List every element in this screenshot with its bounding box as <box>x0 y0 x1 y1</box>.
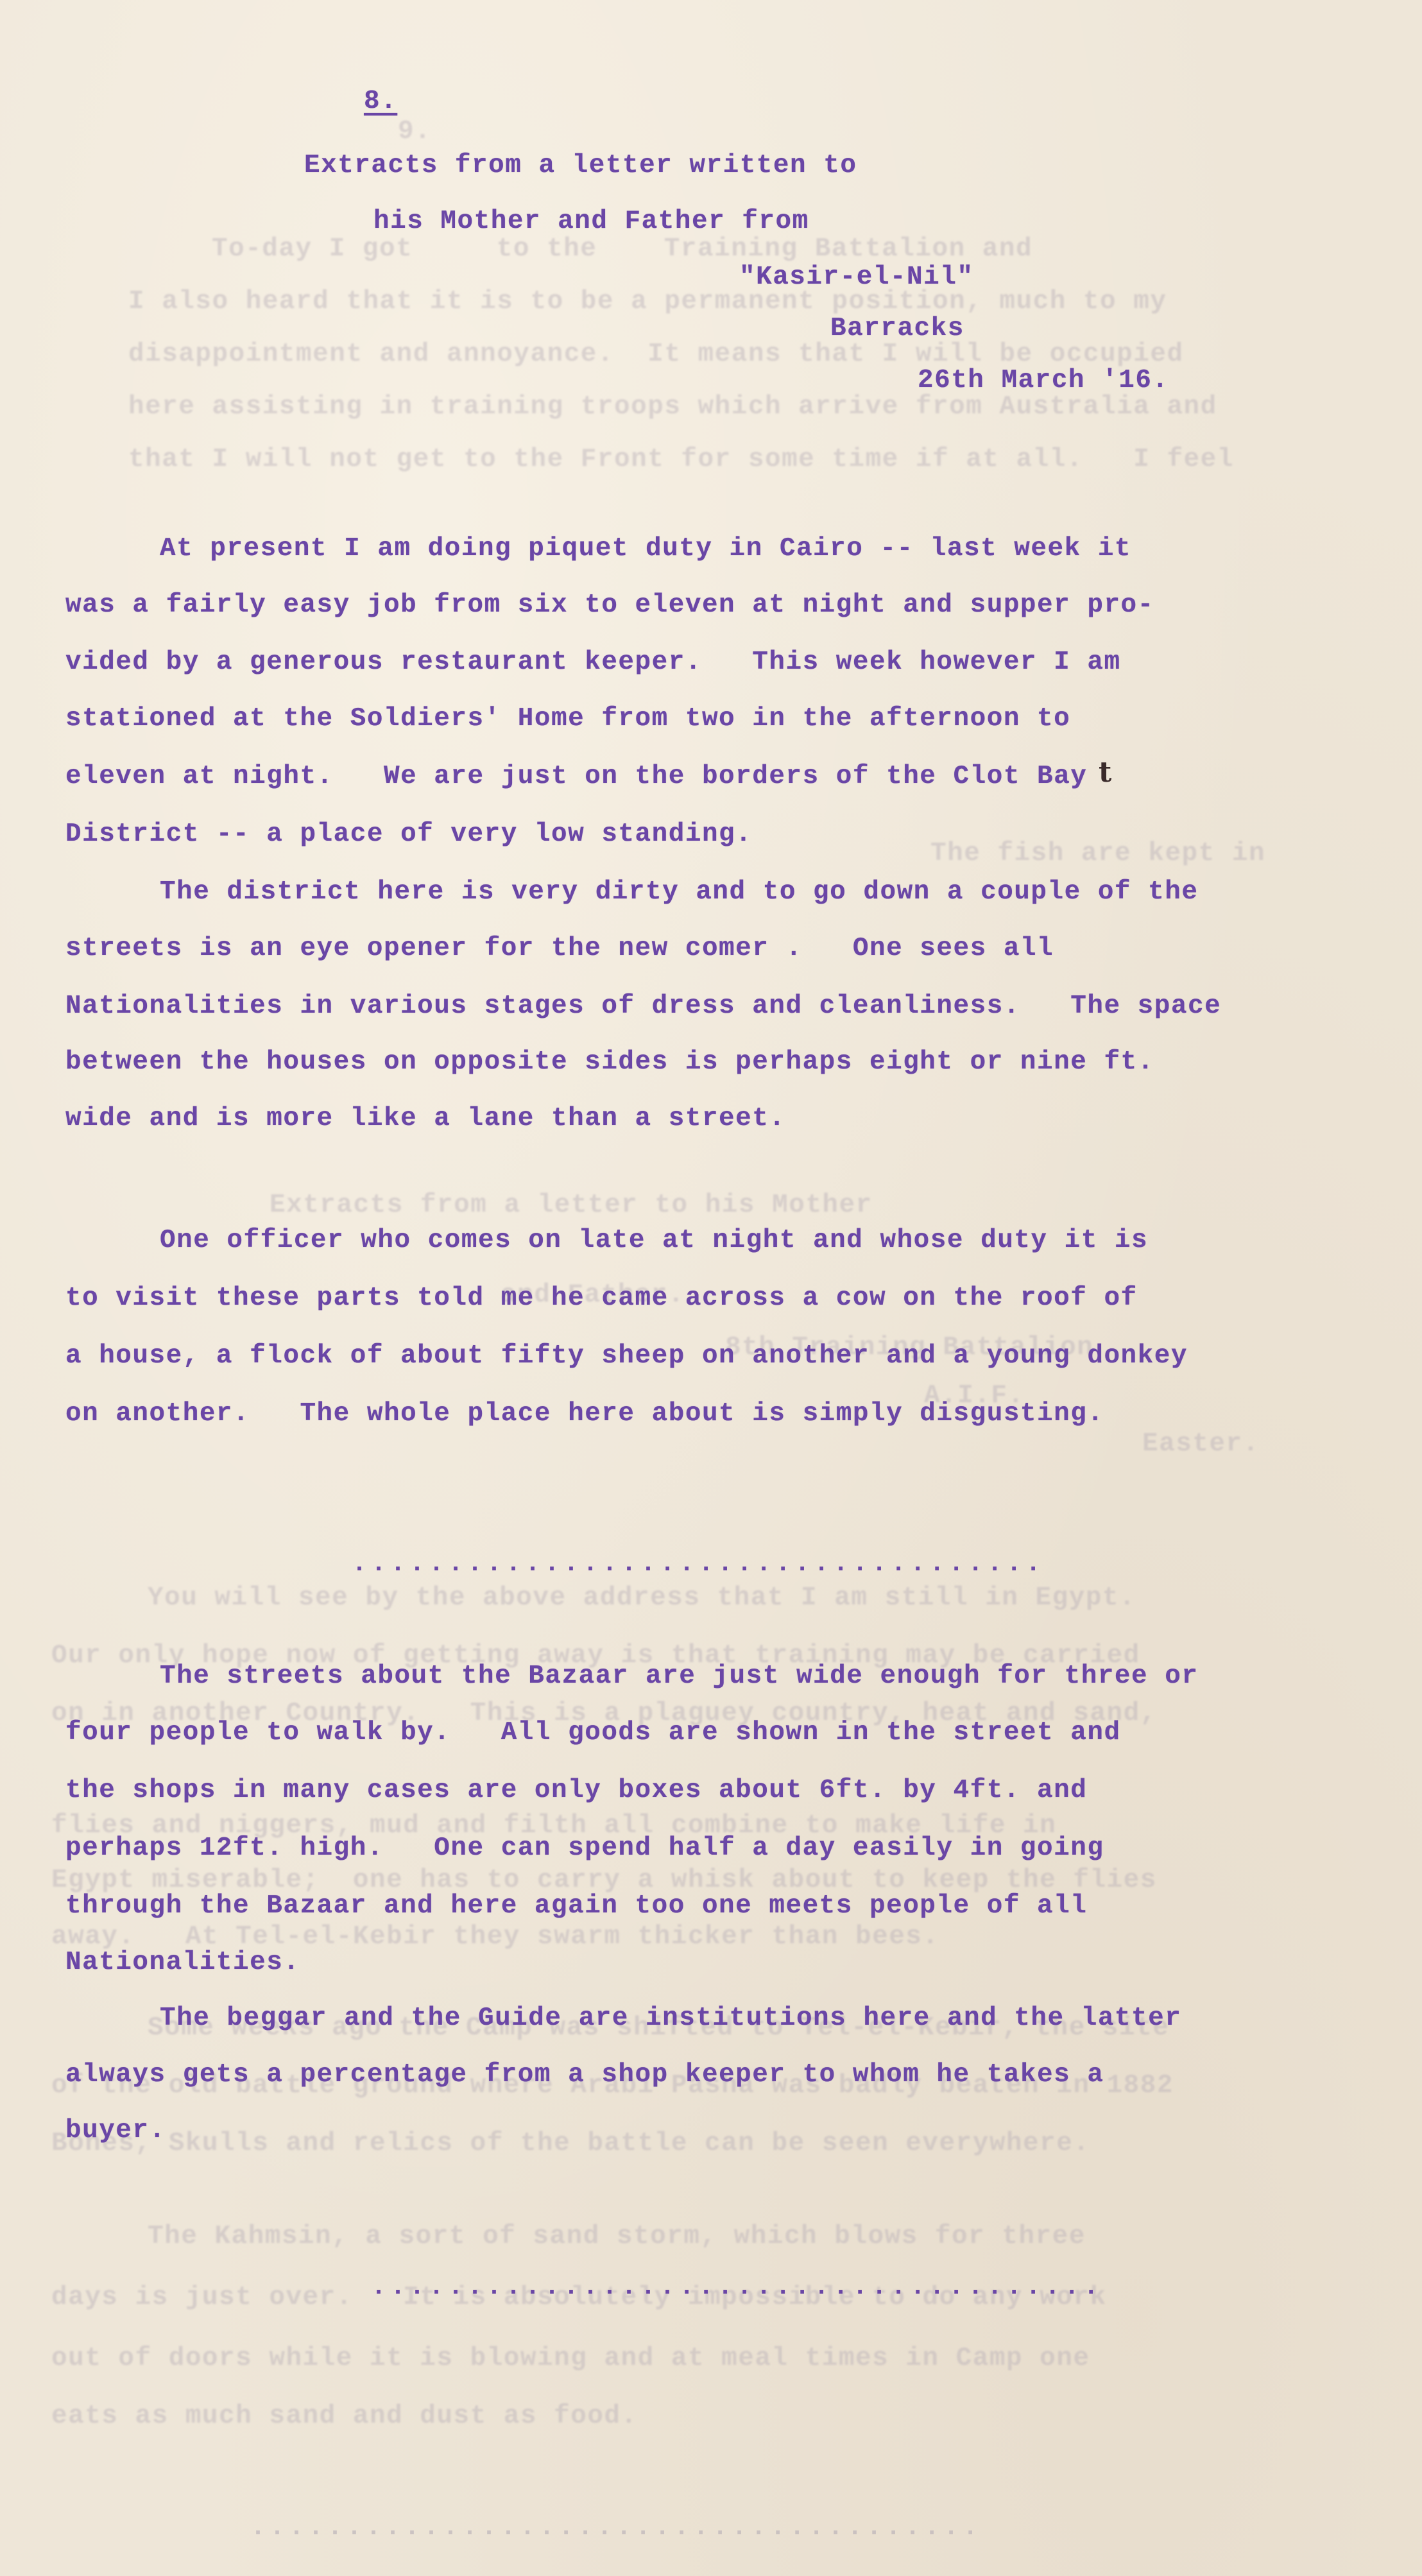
paragraph-line: District -- a place of very low standing… <box>65 821 752 848</box>
paragraph-line: through the Bazaar and here again too on… <box>65 1893 1087 1919</box>
paragraph-line: buyer. <box>65 2118 166 2144</box>
paragraph-line: The district here is very dirty and to g… <box>160 879 1198 906</box>
page-number: 8. <box>364 89 397 115</box>
bleed-line: The Kahmsin, a sort of sand storm, which… <box>148 2224 1086 2250</box>
bleed-line: here assisting in training troops which … <box>128 394 1217 420</box>
paragraph-line: The beggar and the Guide are institution… <box>160 2005 1181 2032</box>
bleed-page-number: 9. <box>398 119 431 145</box>
separator-dots: .................................... <box>352 1552 1045 1577</box>
handwritten-correction-mark: t <box>1099 756 1111 789</box>
bleed-line: out of doors while it is blowing and at … <box>51 2346 1090 2372</box>
paragraph-line: vided by a generous restaurant keeper. T… <box>65 649 1121 676</box>
bleed-line: The fish are kept in <box>930 841 1265 867</box>
paragraph-line: At present I am doing piquet duty in Cai… <box>160 536 1131 562</box>
address-building: Barracks <box>830 316 964 342</box>
paragraph-line: the shops in many cases are only boxes a… <box>65 1778 1087 1804</box>
bleed-line: Easter. <box>1142 1431 1260 1457</box>
bleed-line: I also heard that it is to be a permanen… <box>128 289 1167 315</box>
heading-line-1: Extracts from a letter written to <box>304 153 857 179</box>
letter-date: 26th March '16. <box>918 368 1169 394</box>
paragraph-line: Nationalities in various stages of dress… <box>65 993 1221 1020</box>
bleed-line: that I will not get to the Front for som… <box>128 447 1234 473</box>
paragraph-line: a house, a flock of about fifty sheep on… <box>65 1343 1188 1370</box>
paragraph-line: wide and is more like a lane than a stre… <box>65 1106 785 1132</box>
separator-dots: ...................................... <box>371 2275 1102 2301</box>
paragraph-line: One officer who comes on late at night a… <box>160 1228 1148 1254</box>
paragraph-line: perhaps 12ft. high. One can spend half a… <box>65 1835 1104 1862</box>
paragraph-line: to visit these parts told me he came acr… <box>65 1285 1138 1312</box>
paragraph-line: four people to walk by. All goods are sh… <box>65 1720 1121 1746</box>
bleed-line: Bones, Skulls and relics of the battle c… <box>51 2131 1090 2157</box>
paragraph-line: on another. The whole place here about i… <box>65 1401 1104 1427</box>
heading-line-2: his Mother and Father from <box>373 209 809 235</box>
paragraph-line: always gets a percentage from a shop kee… <box>65 2062 1104 2088</box>
bleed-line: To-day I got to the Training Battalion a… <box>212 236 1032 262</box>
paragraph-line: The streets about the Bazaar are just wi… <box>160 1663 1198 1690</box>
bleed-line: Extracts from a letter to his Mother <box>270 1192 873 1219</box>
bleed-line: eats as much sand and dust as food. <box>51 2403 638 2430</box>
paragraph-line: eleven at night. We are just on the bord… <box>65 764 1087 790</box>
bleed-line: You will see by the above address that I… <box>148 1585 1136 1611</box>
bleed-separator: ...................................... <box>250 2516 982 2541</box>
address-place: "Kasir-el-Nil" <box>739 264 973 291</box>
paragraph-line: between the houses on opposite sides is … <box>65 1049 1154 1076</box>
paragraph-line: stationed at the Soldiers' Home from two… <box>65 706 1070 732</box>
paragraph-line: streets is an eye opener for the new com… <box>65 936 1054 962</box>
bleed-line: disappointment and annoyance. It means t… <box>128 341 1184 368</box>
bleed-line: Egypt miserable; one has to carry a whis… <box>51 1868 1157 1894</box>
bleed-line: away. At Tel-el-Kebir they swarm thicker… <box>51 1924 939 1950</box>
paragraph-line: was a fairly easy job from six to eleven… <box>65 592 1154 619</box>
paragraph-line: Nationalities. <box>65 1950 300 1976</box>
